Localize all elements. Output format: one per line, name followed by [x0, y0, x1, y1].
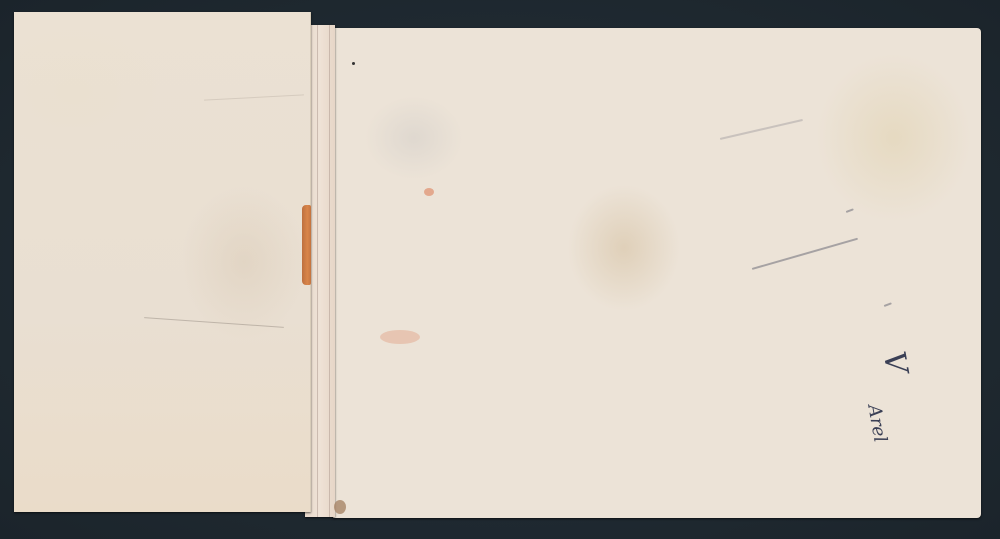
fold-line — [329, 25, 330, 517]
letter-photo: V Arel — [0, 0, 1000, 539]
ink-dot — [352, 62, 355, 65]
fold-line — [317, 25, 318, 517]
wax-seal-residue — [302, 205, 311, 285]
crease — [204, 94, 304, 100]
red-stain — [424, 188, 434, 196]
corner-stain — [334, 500, 346, 514]
left-flap — [14, 12, 311, 512]
red-stain — [380, 330, 420, 344]
crease — [144, 317, 284, 328]
annotation-line1: V — [876, 349, 914, 376]
pencil-annotation: V Arel — [880, 345, 960, 455]
